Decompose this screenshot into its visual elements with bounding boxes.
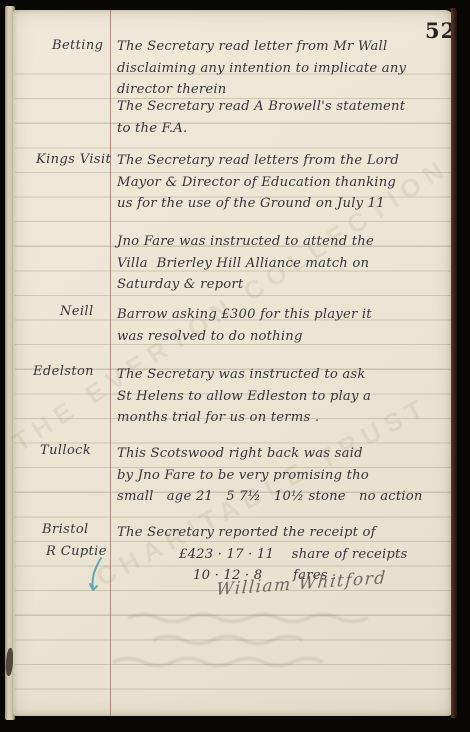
minute-paragraph: This Scotswood right back was said by Jn… [117,443,423,508]
margin-heading-kings-visit: Kings Visit [36,152,111,167]
minute-line: St Helens to allow Edleston to play a [117,386,371,408]
minute-line: by Jno Fare to be very promising tho [117,465,423,487]
ledger-page: THE EVERTON COLLECTION CHARITABLE TRUST … [13,10,453,716]
blue-tick-mark [85,556,107,596]
margin-heading-bristol: Bristol [42,522,89,537]
minute-line: us for the use of the Ground on July 11 [117,193,399,215]
minute-line: small age 21 5 7½ 10½ stone no action [117,486,423,508]
ink-bleedthrough [98,610,448,680]
minute-paragraph: The Secretary was instructed to ask St H… [117,364,371,429]
minute-line: Jno Fare was instructed to attend the [117,231,374,253]
minute-line: £423 · 17 · 11 share of receipts [179,544,408,566]
minute-line: Barrow asking £300 for this player it [117,304,372,326]
minute-paragraph: Jno Fare was instructed to attend the Vi… [117,231,374,296]
minute-line: disclaiming any intention to implicate a… [117,58,406,80]
minute-paragraph: The Secretary read A Browell's statement… [117,96,405,139]
minute-line: Mayor & Director of Education thanking [117,172,399,194]
minute-line: Saturday & report [117,274,374,296]
margin-heading-edelston: Edelston [33,364,94,379]
minute-line: The Secretary reported the receipt of [117,522,408,544]
minute-book-scan: THE EVERTON COLLECTION CHARITABLE TRUST … [0,0,470,732]
minute-line: The Secretary read letter from Mr Wall [117,36,406,58]
minute-paragraph: The Secretary read letter from Mr Wall d… [117,36,406,101]
minute-line: months trial for us on terms . [117,407,371,429]
minute-line: The Secretary read letters from the Lord [117,150,399,172]
minute-line: This Scotswood right back was said [117,443,423,465]
minute-paragraph: Barrow asking £300 for this player it wa… [117,304,372,347]
margin-heading-tullock: Tullock [40,443,91,458]
minute-paragraph: The Secretary read letters from the Lord… [117,150,399,215]
margin-heading-betting: Betting [52,38,103,53]
book-fore-edge [451,8,457,718]
margin-heading-neill: Neill [60,304,94,319]
minute-line: The Secretary was instructed to ask [117,364,371,386]
minute-line: to the F.A. [117,118,405,140]
minute-line: The Secretary read A Browell's statement [117,96,405,118]
minute-line: Villa Brierley Hill Alliance match on [117,253,374,275]
minute-line: was resolved to do nothing [117,326,372,348]
